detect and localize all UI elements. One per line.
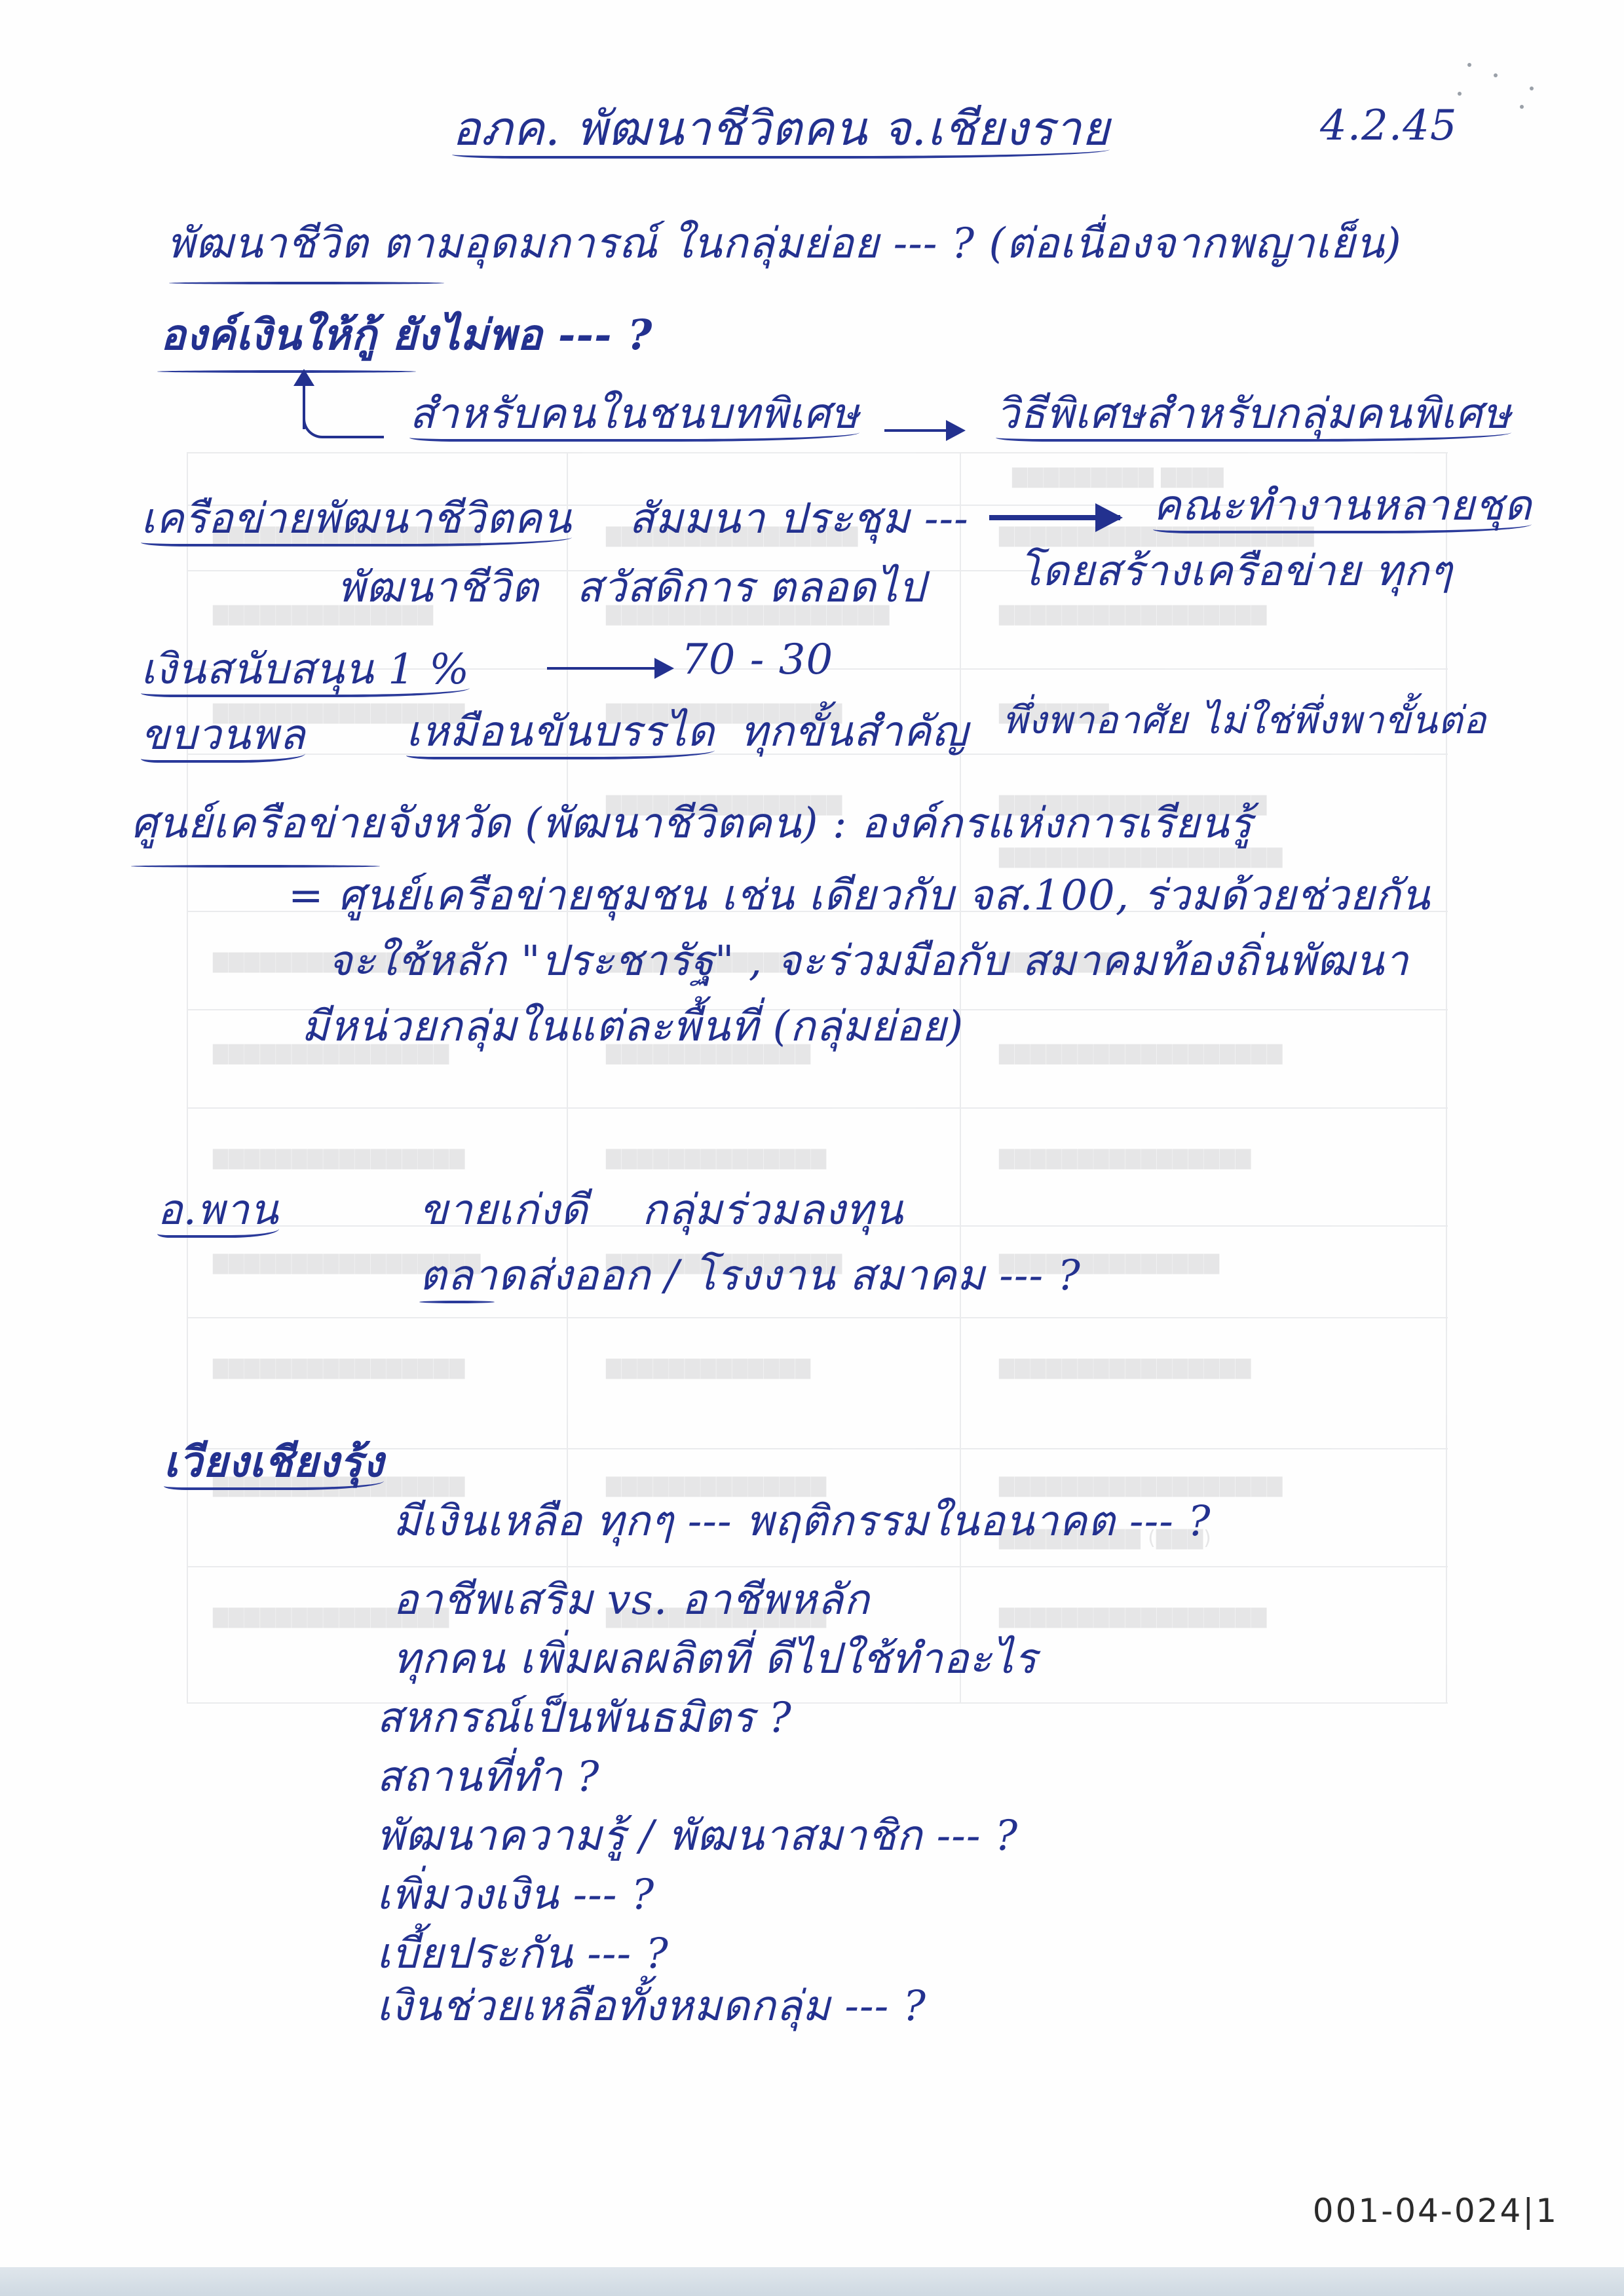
note-line-2: องค์เงินให้กู้ ยังไม่พอ --- ? [161, 315, 652, 356]
note-line-5: พัฒนาชีวิต [337, 567, 539, 609]
right-arrow-icon [547, 667, 671, 670]
right-arrow-icon [884, 429, 963, 432]
note-line-16: อาชีพเสริม vs. อาชีพหลัก [393, 1579, 870, 1621]
note-line-7-col4: พึ่งพาอาศัย ไม่ใช่พึ่งพาขั้นต่อ [1002, 701, 1486, 739]
note-line-15: มีเงินเหลือ ทุกๆ --- พฤติกรรมในอนาคต ---… [393, 1501, 1211, 1542]
note-line-6: เงินสนับสนุน 1 % [141, 649, 470, 697]
note-line-7-col3: ทุกขั้นสำคัญ [740, 711, 968, 753]
note-line-18: สหกรณ์เป็นพันธมิตร ? [377, 1697, 792, 1739]
underline [131, 865, 380, 868]
note-line-4: เครือข่ายพัฒนาชีวิตคน [141, 498, 572, 546]
note-line-4-col2: สัมมนา ประชุม --- [629, 498, 969, 540]
note-line-21: เพิ่มวงเงิน --- ? [377, 1874, 654, 1916]
note-line-7: ขบวนพล [141, 714, 305, 763]
reference-number: 001-04-024|1 [1313, 2192, 1558, 2230]
page-title: อภค. พัฒนาชีวิตคน จ.เชียงราย [452, 105, 1110, 159]
note-line-9: = ศูนย์เครือข่ายชุมชน เช่น เดียวกับ จส.1… [288, 875, 1430, 917]
date: 4.2.45 [1320, 105, 1458, 147]
scanner-edge [0, 2267, 1624, 2296]
note-line-20: พัฒนาความรู้ / พัฒนาสมาชิก --- ? [377, 1815, 1018, 1857]
note-line-23: เงินช่วยเหลือทั้งหมดกลุ่ม --- ? [377, 1985, 926, 2027]
note-line-11: มีหน่วยกลุ่มในแต่ละพื้นที่ (กลุ่มย่อย) [301, 1006, 964, 1048]
note-line-14: เวียงเชียงรุ้ง [164, 1442, 384, 1490]
underline [157, 370, 416, 373]
note-line-6-target: 70 - 30 [681, 639, 833, 681]
underline [419, 1301, 495, 1303]
note-line-3: สำหรับคนในชนบทพิเศษ [409, 393, 859, 442]
note-line-12: อ.พาน [157, 1189, 279, 1238]
note-line-4-target: คณะทำงานหลายชุด [1153, 485, 1532, 533]
note-line-7-col2: เหมือนขันบรรได [406, 711, 715, 759]
note-line-10: จะใช้หลัก "ประชารัฐ" , จะร่วมมือกับ สมาค… [328, 940, 1408, 982]
note-line-17: ทุกคน เพิ่มผลผลิตที่ ดีไปใช้ทำอะไร [393, 1638, 1037, 1680]
scanned-page: ▇▇▇▇▇▇▇▇▇ ▇▇▇▇ ▇▇▇▇▇▇▇▇▇▇▇▇▇▇▇▇▇ ▇▇▇▇▇▇▇… [0, 0, 1624, 2267]
connector-line [303, 383, 384, 438]
note-line-5-col2: สวัสดิการ ตลอดไป [576, 567, 926, 609]
note-line-1: พัฒนาชีวิต ตามอุดมการณ์ ในกลุ่มย่อย --- … [167, 223, 1402, 265]
right-arrow-icon [989, 515, 1120, 520]
note-line-8: ศูนย์เครือข่ายจังหวัด (พัฒนาชีวิตคน) : อ… [131, 803, 1253, 845]
underline [169, 282, 444, 284]
note-line-12-col2: ขายเก่งดี [419, 1189, 588, 1231]
note-line-13: ตลาดส่งออก / โรงงาน สมาคม --- ? [419, 1255, 1081, 1297]
note-line-19: สถานที่ทำ ? [377, 1756, 599, 1798]
note-line-12-col3: กลุ่มร่วมลงทุน [642, 1189, 903, 1231]
note-line-5-col3: โดยสร้างเครือข่าย ทุกๆ [1019, 550, 1452, 592]
note-line-3-target: วิธีพิเศษสำหรับกลุ่มคนพิเศษ [996, 393, 1511, 442]
note-line-22: เบี้ยประกัน --- ? [377, 1933, 669, 1975]
